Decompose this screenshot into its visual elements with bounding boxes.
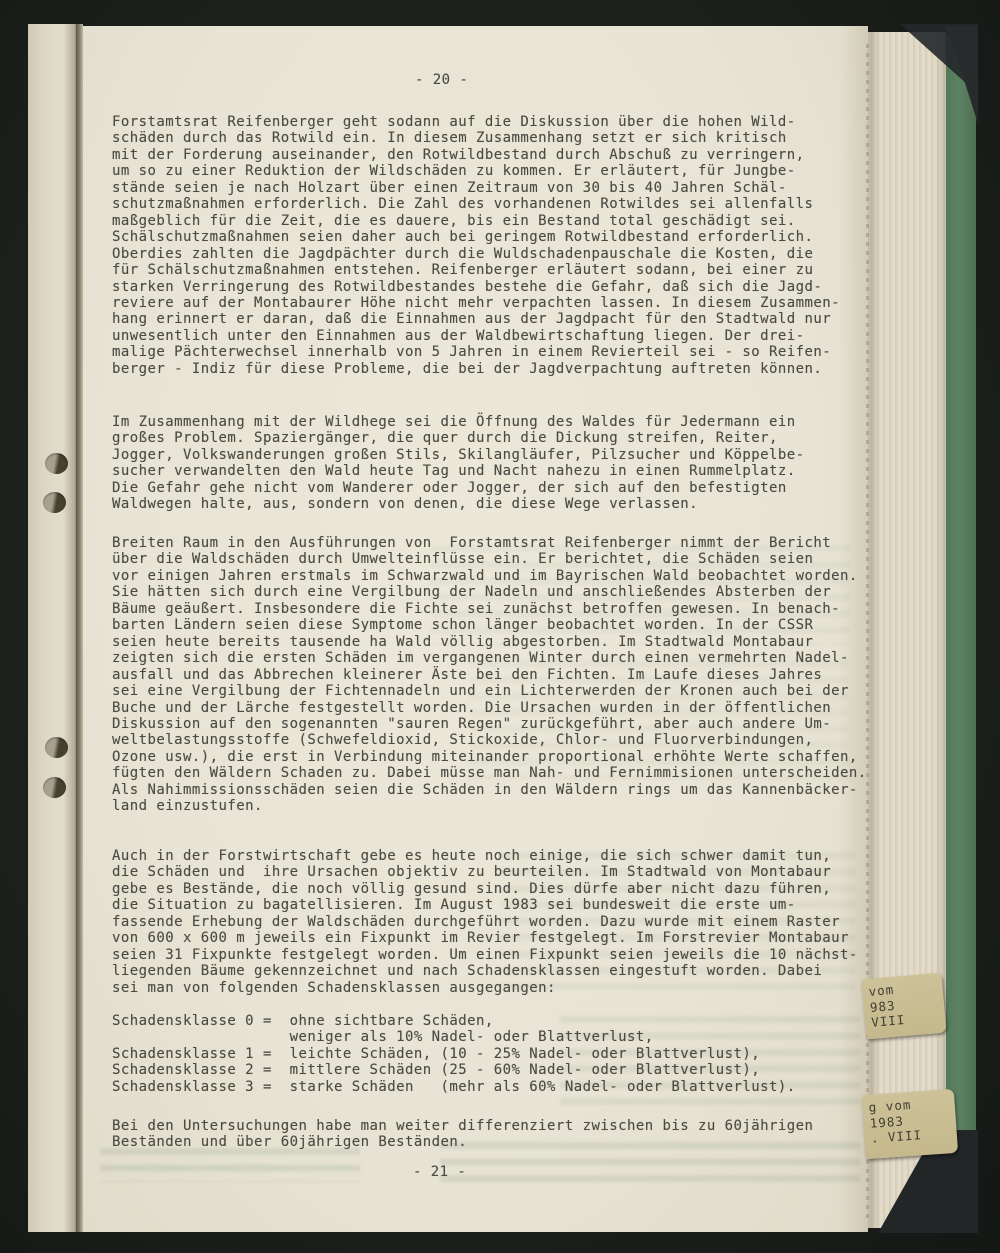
page-number-top: - 20 - bbox=[415, 72, 468, 88]
paragraph-erhebung: Auch in der Forstwirtschaft gebe es heut… bbox=[112, 848, 858, 996]
sticky-tab-upper: vom 983 VIII bbox=[862, 973, 947, 1040]
paragraph-wildhege: Im Zusammenhang mit der Wildhege sei die… bbox=[112, 414, 805, 513]
binding-gutter bbox=[76, 24, 83, 1232]
paragraph-waldschaeden: Breiten Raum in den Ausführungen von For… bbox=[112, 535, 867, 815]
fore-edge-shading bbox=[868, 32, 946, 1228]
book-scan-photo: - 20 - Forstamtsrat Reifenberger geht so… bbox=[0, 0, 1000, 1253]
paragraph-rotwild: Forstamtsrat Reifenberger geht sodann au… bbox=[112, 114, 840, 377]
sticky-tab-lower: g vom 1983 . VIII bbox=[862, 1089, 958, 1159]
previous-page-edge bbox=[28, 24, 78, 1232]
punch-hole bbox=[43, 777, 66, 798]
page-number-bottom: - 21 - bbox=[413, 1164, 466, 1180]
damage-classes-list: Schadensklasse 0 = ohne sichtbare Schäde… bbox=[112, 1013, 796, 1095]
bleedthrough-smudge bbox=[100, 1148, 360, 1182]
punch-hole bbox=[45, 737, 68, 758]
punch-hole bbox=[43, 492, 66, 513]
closing-paragraph: Bei den Untersuchungen habe man weiter d… bbox=[112, 1118, 813, 1151]
punch-hole bbox=[45, 453, 68, 474]
green-book-cover bbox=[946, 34, 976, 1228]
